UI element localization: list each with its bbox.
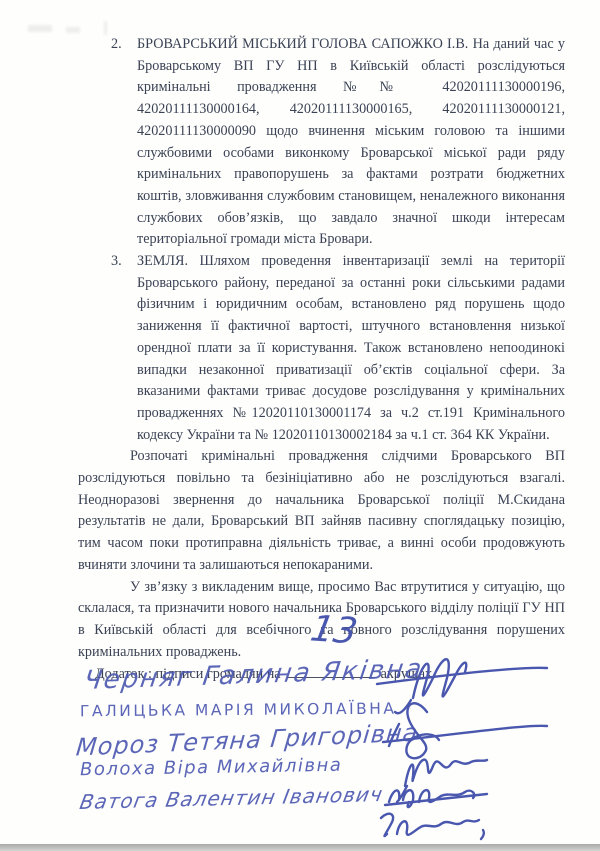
- signature-scribble-1: [377, 659, 547, 713]
- signature-scribble-2: [383, 703, 547, 758]
- item-text: БРОВАРСЬКИЙ МІСЬКИЙ ГОЛОВА САПОЖКО І.В. …: [137, 36, 565, 247]
- handwritten-sheet-count: 13: [307, 609, 360, 653]
- numbered-item-3: 3. ЗЕМЛЯ. Шляхом проведення інвентаризац…: [78, 251, 565, 446]
- scanned-document-page: 2. БРОВАРСЬКИЙ МІСЬКИЙ ГОЛОВА САПОЖКО І.…: [0, 0, 600, 851]
- item-number: 2.: [111, 34, 122, 56]
- scan-artifact: [28, 25, 52, 32]
- signature-name-4: Волоха Віра Михайлівна: [80, 755, 343, 781]
- scan-artifact: [104, 21, 107, 35]
- scan-artifact: [66, 27, 80, 33]
- document-body: 2. БРОВАРСЬКИЙ МІСЬКИЙ ГОЛОВА САПОЖКО І.…: [78, 34, 565, 686]
- signature-scribble-4: [385, 790, 487, 807]
- signature-name-5: Ватога Валентин Іванович: [78, 782, 385, 814]
- scan-edge-shadow: [0, 844, 600, 851]
- signature-name-3: Мороз Тетяна Григорівна: [75, 718, 420, 761]
- item-text: ЗЕМЛЯ. Шляхом проведення інвентаризації …: [137, 253, 565, 443]
- signature-name-2: Галицька Марія Миколаївна: [80, 700, 397, 721]
- paragraph-investigations: Розпочаті кримінальні провадження слідчи…: [78, 446, 565, 576]
- signature-scribble-5: [381, 814, 484, 839]
- numbered-item-2: 2. БРОВАРСЬКИЙ МІСЬКИЙ ГОЛОВА САПОЖКО І.…: [78, 34, 565, 251]
- signature-scribbles: [375, 652, 550, 851]
- item-number: 3.: [111, 251, 122, 273]
